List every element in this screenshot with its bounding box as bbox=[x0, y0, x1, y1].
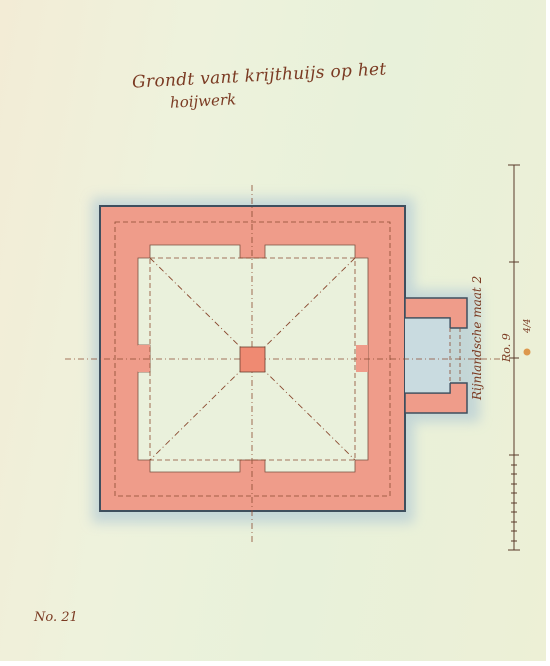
plan-title-line-2: hoijwerk bbox=[170, 90, 237, 111]
right-pilaster bbox=[356, 345, 368, 372]
center-pillar bbox=[240, 347, 265, 372]
left-pilaster bbox=[138, 345, 150, 372]
scale-label: Rijnlandsche maat 2 bbox=[470, 276, 484, 400]
ground-plan-drawing bbox=[0, 0, 550, 666]
scale-fraction: 4/4 bbox=[523, 319, 533, 333]
porch-interior bbox=[405, 318, 450, 393]
folio-mark: No. 21 bbox=[34, 610, 78, 625]
scale-value: Ro. 9 bbox=[500, 333, 513, 362]
paper-sheet: Grondt vant krijthuijs op het hoijwerk R… bbox=[0, 0, 546, 661]
ink-blot bbox=[524, 349, 531, 356]
